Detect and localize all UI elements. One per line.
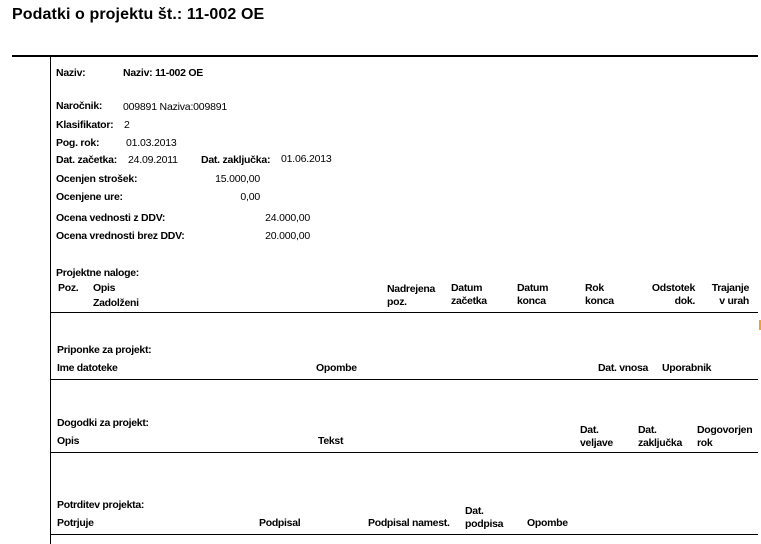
ocena-brez-ddv-label: Ocena vrednosti brez DDV: bbox=[56, 230, 185, 242]
col-zadolzeni: Zadolženi bbox=[93, 297, 139, 310]
priponke-heading: Priponke za projekt: bbox=[57, 344, 151, 357]
ocenjen-strosek-label: Ocenjen strošek: bbox=[56, 173, 137, 185]
col-podpisal: Podpisal bbox=[259, 517, 300, 530]
naloge-separator bbox=[50, 312, 758, 313]
priponke-separator bbox=[50, 379, 758, 380]
naloge-heading: Projektne naloge: bbox=[56, 267, 139, 280]
klasifikator-label: Klasifikator: bbox=[56, 119, 113, 131]
pog-rok-value: 01.03.2013 bbox=[126, 137, 177, 149]
dat-zakljucka-value: 01.06.2013 bbox=[281, 153, 332, 165]
page-title: Podatki o projektu št.: 11-002 OE bbox=[12, 6, 264, 24]
ocena-brez-ddv-value: 20.000,00 bbox=[250, 230, 310, 242]
col-ime-datoteke: Ime datoteke bbox=[57, 362, 118, 375]
col-dogovorjen-rok: Dogovorjen rok bbox=[697, 424, 752, 450]
naziv-value: Naziv: 11-002 OE bbox=[123, 67, 203, 79]
pog-rok-label: Pog. rok: bbox=[56, 137, 99, 149]
narocnik-label: Naročnik: bbox=[56, 100, 102, 112]
col-poz: Poz. bbox=[58, 282, 78, 295]
col-dat-veljave: Dat. veljave bbox=[580, 424, 613, 450]
col-opombe: Opombe bbox=[316, 362, 357, 375]
col-datum-konca: Datum konca bbox=[517, 282, 548, 308]
col-potrjuje: Potrjuje bbox=[57, 517, 94, 530]
naziv-label: Naziv: bbox=[56, 67, 85, 79]
col-odstotek: Odstotek dok. bbox=[640, 282, 695, 308]
klasifikator-value: 2 bbox=[124, 119, 130, 131]
ocenjen-strosek-value: 15.000,00 bbox=[200, 173, 260, 185]
col-tekst: Tekst bbox=[318, 435, 343, 448]
col-opombe: Opombe bbox=[527, 517, 568, 530]
potrditev-heading: Potrditev projekta: bbox=[57, 499, 144, 512]
top-rule bbox=[12, 55, 758, 57]
dogodki-heading: Dogodki za projekt: bbox=[57, 417, 149, 430]
dogodki-separator bbox=[50, 452, 758, 453]
dat-zacetka-label: Dat. začetka: bbox=[56, 154, 117, 166]
ocenjene-ure-label: Ocenjene ure: bbox=[56, 191, 123, 203]
col-opis: Opis bbox=[93, 282, 115, 295]
narocnik-value: 009891 Naziva:009891 bbox=[123, 101, 227, 113]
col-trajanje: Trajanje v urah bbox=[700, 282, 749, 308]
col-nadrejena: Nadrejena poz. bbox=[387, 283, 435, 309]
ocena-z-ddv-value: 24.000,00 bbox=[250, 212, 310, 224]
col-dat-vnosa: Dat. vnosa bbox=[598, 362, 648, 375]
col-dat-podpisa: Dat. podpisa bbox=[465, 505, 503, 531]
ocena-z-ddv-label: Ocena vednosti z DDV: bbox=[56, 212, 165, 224]
left-margin-rule bbox=[50, 56, 51, 544]
dat-zacetka-value: 24.09.2011 bbox=[128, 154, 178, 166]
col-uporabnik: Uporabnik bbox=[662, 362, 711, 375]
col-rok-konca: Rok konca bbox=[585, 282, 614, 308]
col-opis: Opis bbox=[57, 435, 79, 448]
col-podpisal-namest: Podpisal namest. bbox=[368, 517, 450, 530]
dat-zakljucka-label: Dat. zaključka: bbox=[201, 154, 270, 166]
col-dat-zakljucka: Dat. zaključka bbox=[638, 424, 682, 450]
col-datum-zacetka: Datum začetka bbox=[451, 282, 487, 308]
ocenjene-ure-value: 0,00 bbox=[200, 191, 260, 203]
potrditev-separator bbox=[50, 534, 758, 535]
